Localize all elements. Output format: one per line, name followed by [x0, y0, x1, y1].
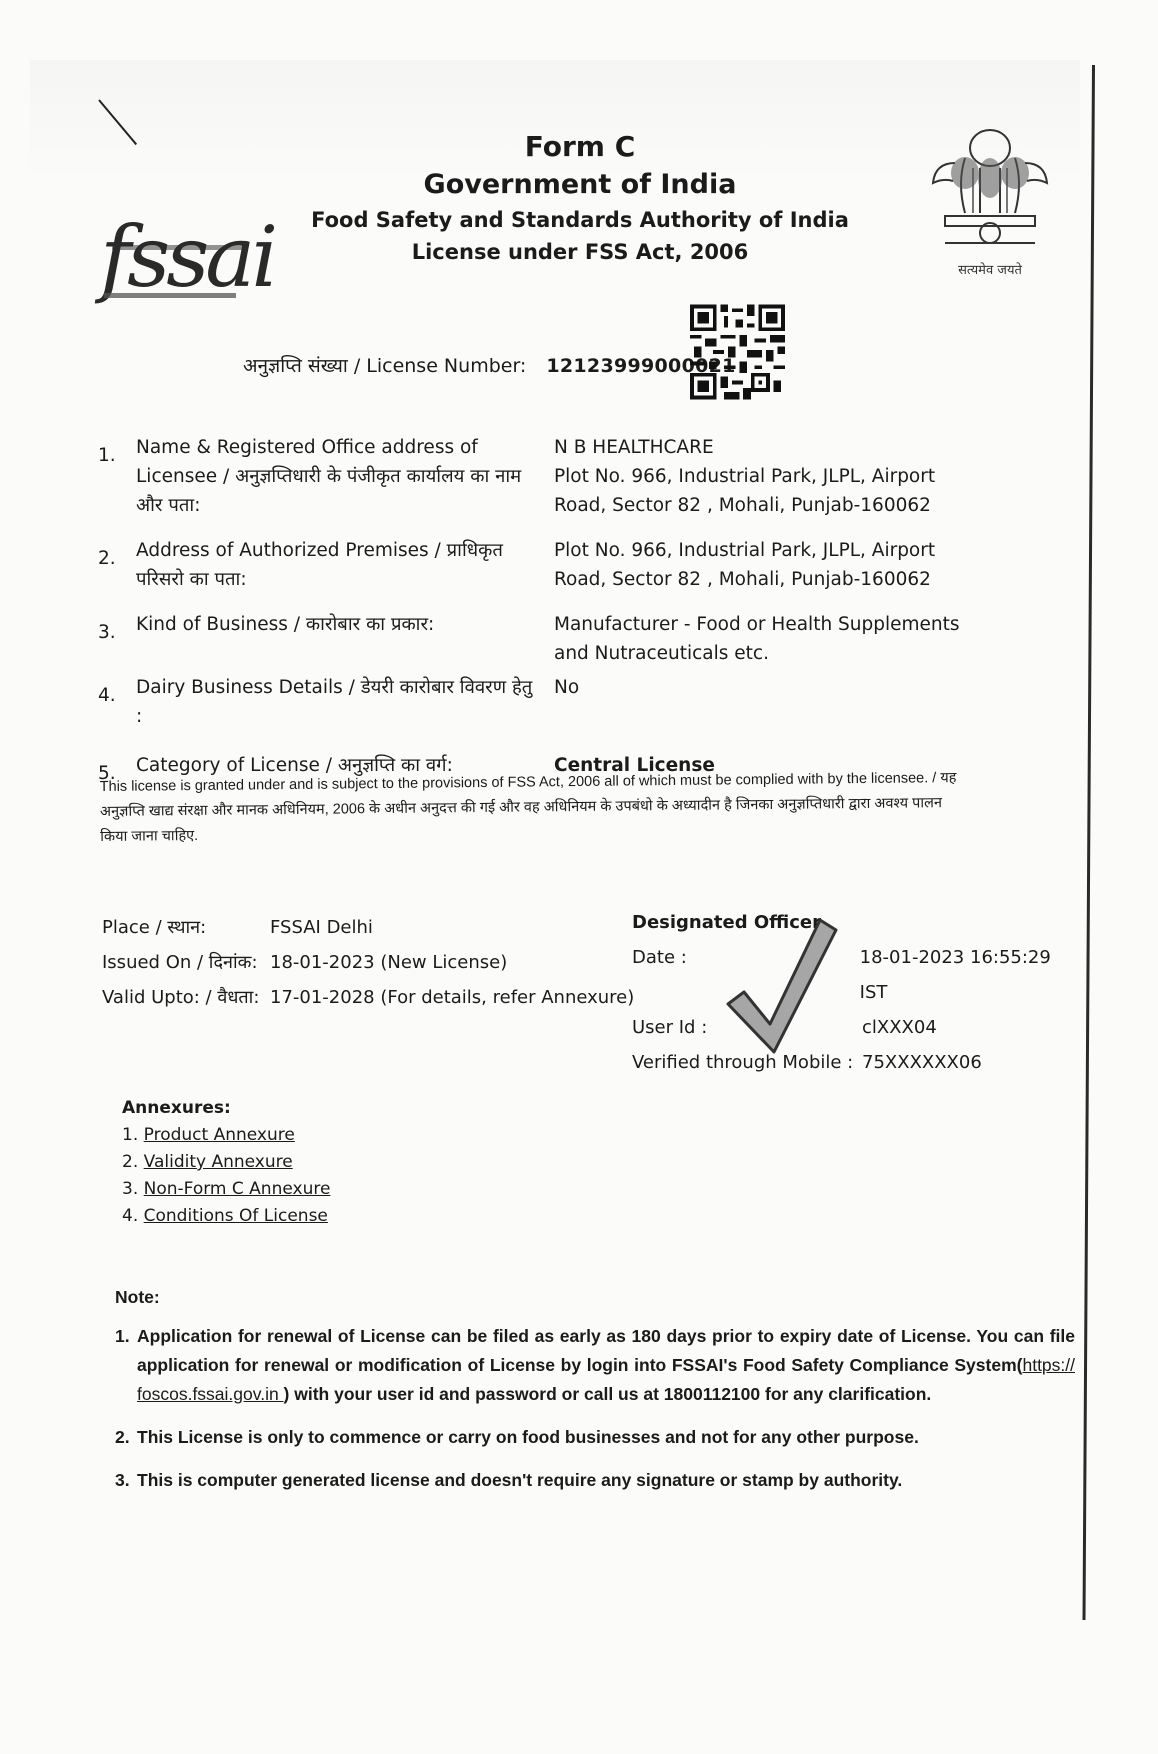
qr-code-icon: [690, 303, 785, 401]
lion-capital-icon: [925, 118, 1055, 258]
officer-user-id: clXXX04: [862, 1010, 937, 1045]
emblem-motto: सत्यमेव जयते: [915, 260, 1065, 278]
note-item: 2. This License is only to commence or c…: [115, 1423, 1075, 1452]
issued-value: 18-01-2023 (New License): [270, 945, 507, 980]
detail-label: Name & Registered Office address of Lice…: [136, 433, 536, 520]
form-title: Form C: [300, 130, 860, 163]
note-item: 3. This is computer generated license an…: [115, 1466, 1075, 1495]
authority-title: Food Safety and Standards Authority of I…: [300, 208, 860, 232]
annexures: Annexures: 1. Product Annexure 2. Validi…: [122, 1095, 330, 1230]
detail-licensee: 1. Name & Registered Office address of L…: [98, 433, 978, 520]
national-emblem: सत्यमेव जयते: [915, 118, 1065, 288]
notes-title: Note:: [115, 1283, 1075, 1312]
officer-details: Designated Officer Date :18-01-2023 16:5…: [632, 905, 1082, 1080]
detail-value: Plot No. 966, Industrial Park, JLPL, Air…: [554, 536, 974, 594]
issue-details: Place / स्थान:FSSAI Delhi Issued On / दि…: [102, 910, 634, 1015]
detail-dairy: 4. Dairy Business Details / डेयरी कारोबा…: [98, 673, 978, 731]
officer-mobile: 75XXXXXX06: [862, 1045, 982, 1080]
document-header: Form C Government of India Food Safety a…: [300, 130, 860, 264]
act-title: License under FSS Act, 2006: [300, 240, 860, 264]
license-document: fssai Form C Government of India Food Sa…: [0, 0, 1158, 1754]
fssai-logo: fssai: [90, 95, 250, 295]
license-number-label: अनुज्ञप्ति संख्या / License Number:: [243, 355, 526, 377]
government-title: Government of India: [300, 169, 860, 200]
officer-date: 18-01-2023 16:55:29 IST: [860, 940, 1082, 1010]
annexure-link-non-form-c[interactable]: Non-Form C Annexure: [144, 1179, 331, 1199]
detail-premises: 2. Address of Authorized Premises / प्रा…: [98, 536, 978, 594]
detail-value: N B HEALTHCARE Plot No. 966, Industrial …: [554, 433, 974, 520]
scan-edge-line: [1083, 65, 1095, 1620]
license-details: 1. Name & Registered Office address of L…: [98, 433, 978, 804]
valid-value: 17-01-2028 (For details, refer Annexure): [270, 980, 634, 1015]
detail-label: Address of Authorized Premises / प्राधिक…: [136, 536, 536, 594]
detail-business-kind: 3. Kind of Business / कारोबार का प्रकार:…: [98, 610, 978, 647]
notes-section: Note: 1. Application for renewal of Lice…: [115, 1283, 1075, 1509]
note-item: 1. Application for renewal of License ca…: [115, 1322, 1075, 1409]
annexures-title: Annexures:: [122, 1095, 330, 1122]
officer-title: Designated Officer: [632, 905, 1082, 940]
annexure-link-conditions[interactable]: Conditions Of License: [144, 1206, 328, 1226]
license-number-row: अनुज्ञप्ति संख्या / License Number: 1212…: [243, 352, 736, 378]
verified-checkmark-icon: [720, 912, 840, 1062]
detail-value: No: [554, 673, 974, 702]
legal-statement: This license is granted under and is sub…: [100, 766, 961, 850]
annexure-link-product[interactable]: Product Annexure: [144, 1125, 295, 1145]
detail-value: Manufacturer - Food or Health Supplement…: [554, 610, 974, 668]
place-value: FSSAI Delhi: [270, 910, 373, 945]
detail-label: Dairy Business Details / डेयरी कारोबार व…: [136, 673, 536, 731]
annexure-link-validity[interactable]: Validity Annexure: [144, 1152, 293, 1172]
detail-label: Kind of Business / कारोबार का प्रकार:: [136, 610, 536, 647]
